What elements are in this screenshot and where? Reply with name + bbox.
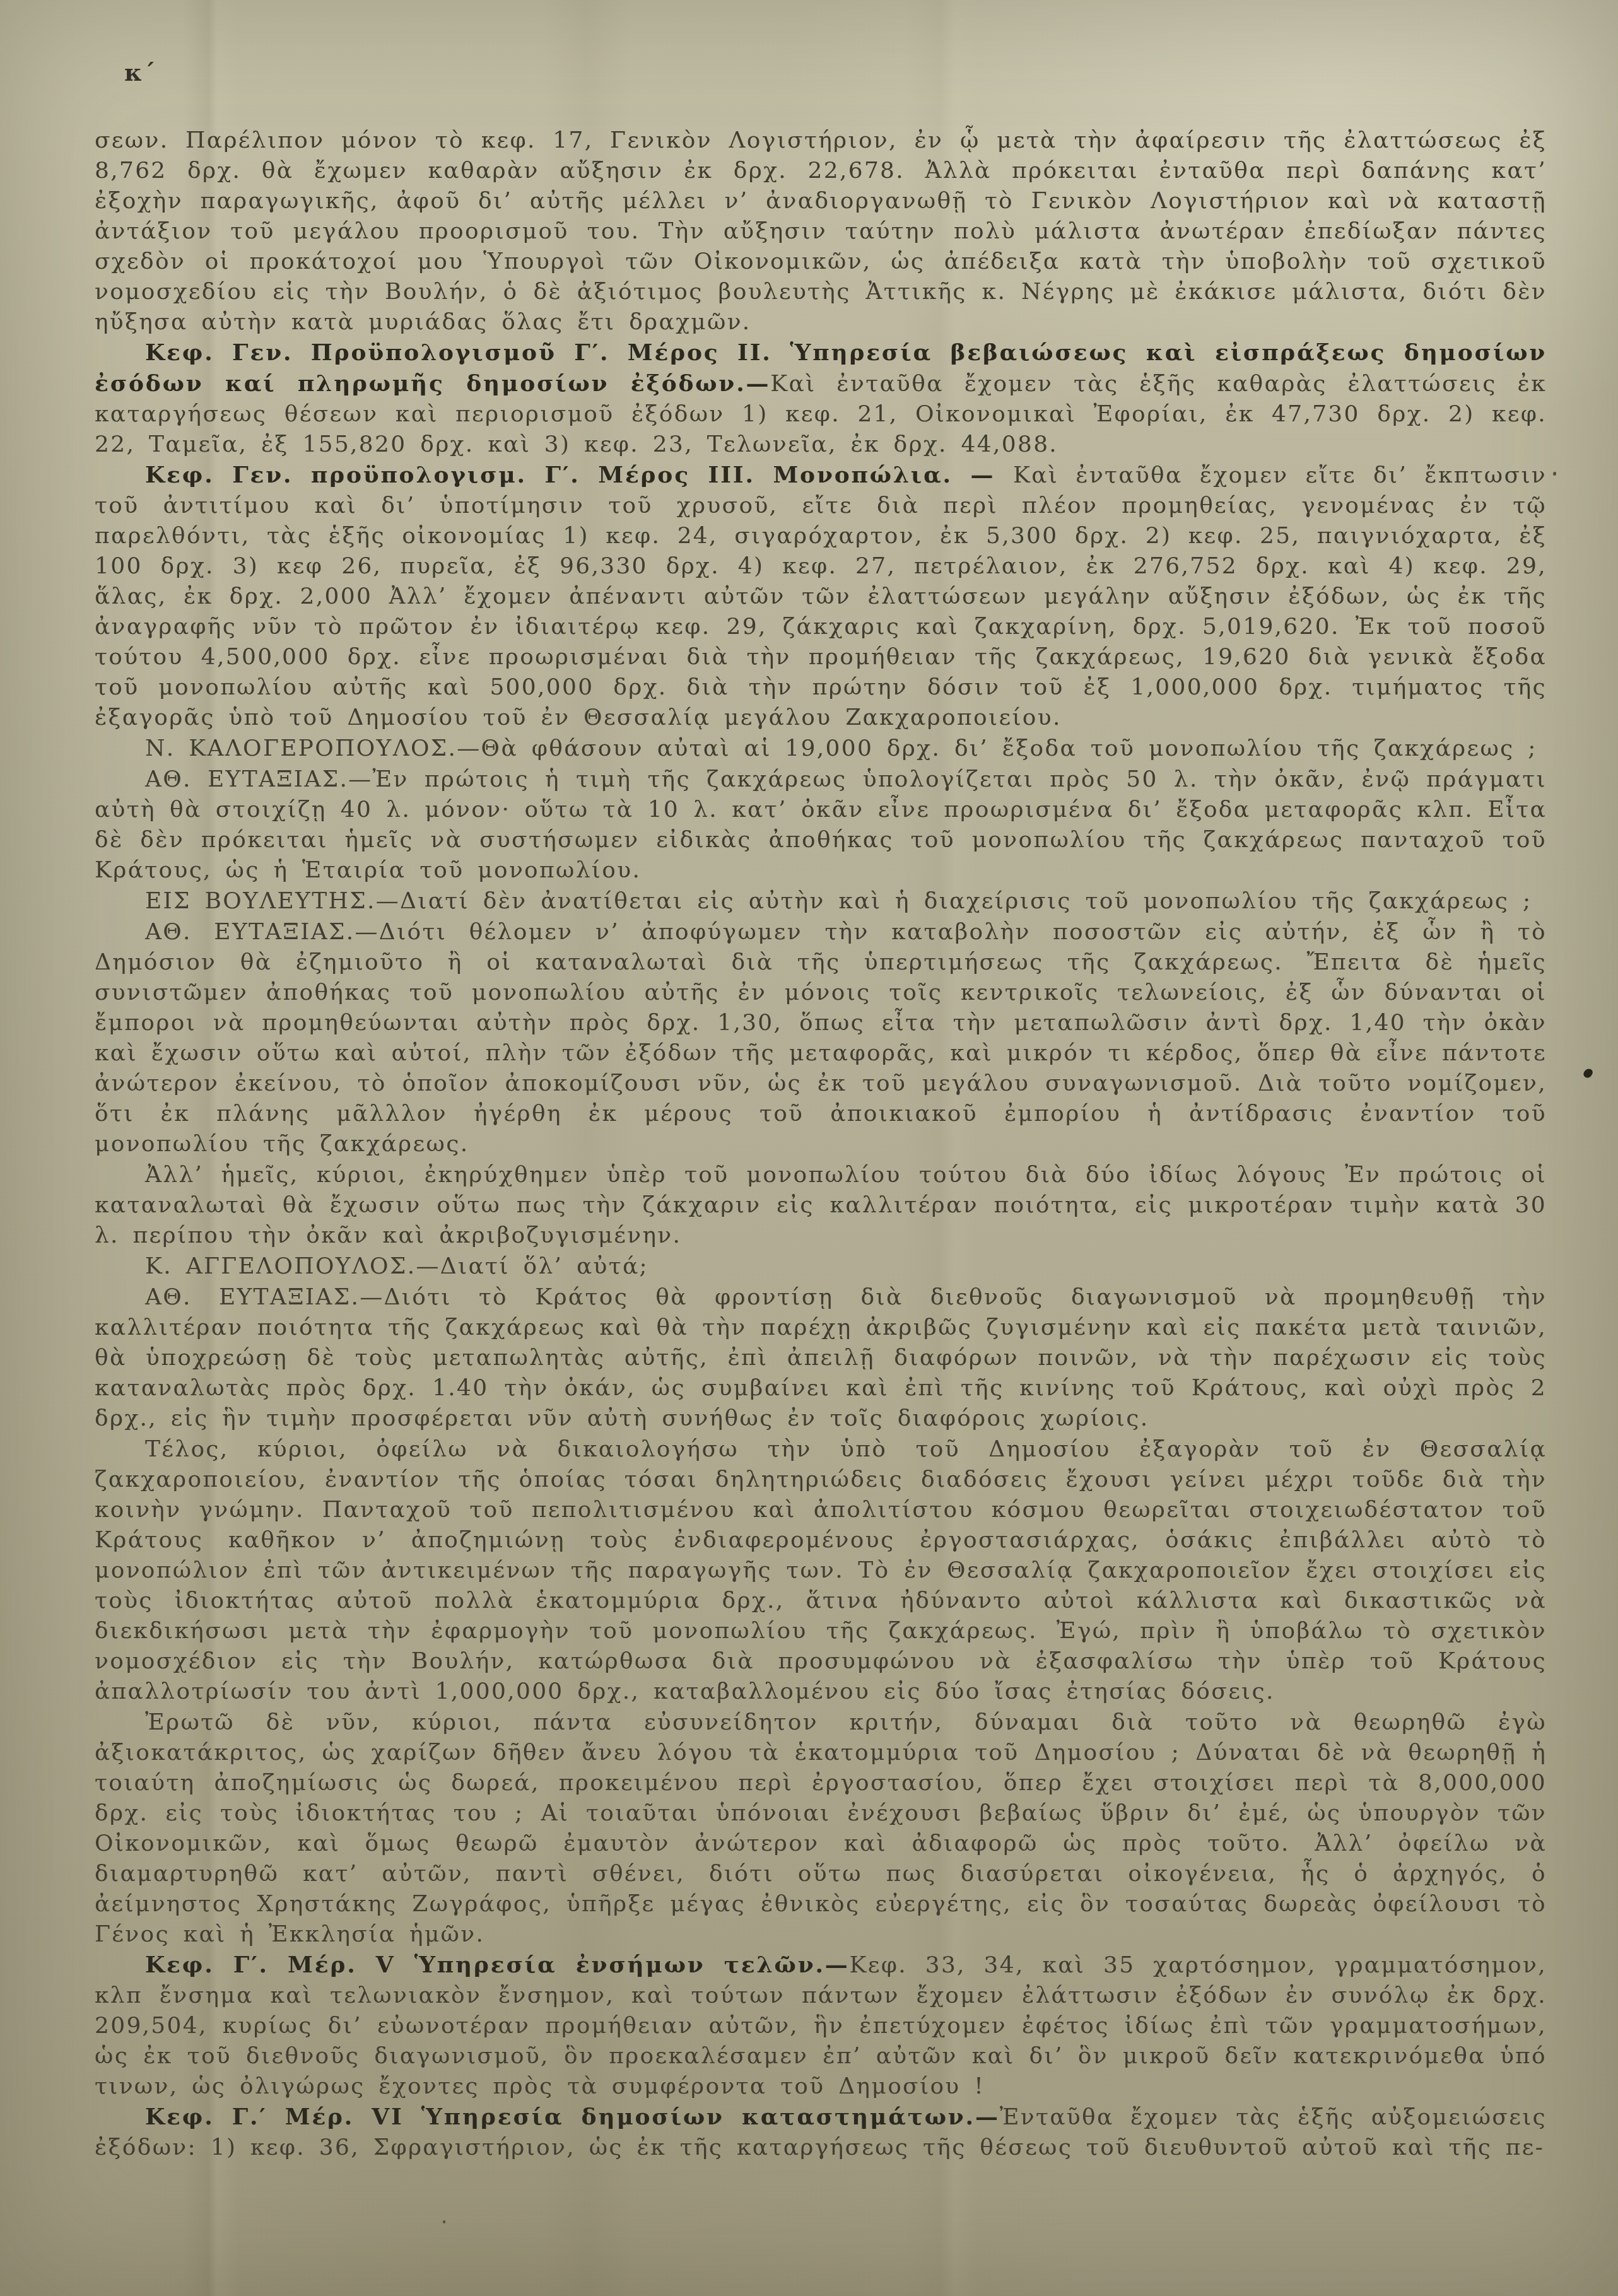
paragraph-speaker-eutaxias: ΑΘ. ΕΥΤΑΞΙΑΣ.—Διότι τὸ Κράτος θὰ φροντίσ… — [95, 1282, 1547, 1434]
ink-speck — [1582, 1067, 1594, 1079]
paragraph-text: σεων. Παρέλιπον μόνον τὸ κεφ. 17, Γενικὸ… — [95, 127, 1547, 335]
paragraph-text: ΑΘ. ΕΥΤΑΞΙΑΣ.—Ἐν πρώτοις ἡ τιμὴ τῆς ζακχ… — [95, 766, 1547, 883]
section-heading: Κεφ. Γ.′ Μέρ. VI Ὑπηρεσία δημοσίων κατασ… — [145, 2104, 1000, 2130]
ink-speck — [443, 2220, 445, 2223]
paragraph-speaker-kalogeropoulos: Ν. ΚΑΛΟΓΕΡΟΠΟΥΛΟΣ.—Θὰ φθάσουν αὐταὶ αἱ 1… — [95, 733, 1547, 764]
paragraph-text: Κ. ΑΓΓΕΛΟΠΟΥΛΟΣ.—Διατί ὅλ’ αὐτά; — [145, 1253, 648, 1279]
paragraph-text: ΑΘ. ΕΥΤΑΞΙΑΣ.—Διότι τὸ Κράτος θὰ φροντίσ… — [95, 1284, 1547, 1431]
paragraph-continuation: σεων. Παρέλιπον μόνον τὸ κεφ. 17, Γενικὸ… — [95, 125, 1547, 337]
paragraph: Ἐρωτῶ δὲ νῦν, κύριοι, πάντα εὐσυνείδητον… — [95, 1707, 1547, 1950]
page-signature: κ΄ — [124, 58, 156, 86]
paragraph-text: Τέλος, κύριοι, ὀφείλω νὰ δικαιολογήσω τὴ… — [95, 1436, 1547, 1704]
paragraph-section-heading: Κεφ. Γ′. Μέρ. V Ὑπηρεσία ἐνσήμων τελῶν.—… — [95, 1950, 1547, 2102]
paragraph-text: Ἀλλ’ ἡμεῖς, κύριοι, ἐκηρύχθημεν ὑπὲρ τοῦ… — [95, 1162, 1547, 1248]
paragraph-text: Καὶ ἐνταῦθα ἔχομεν εἴτε δι’ ἔκπτωσιν τοῦ… — [95, 462, 1547, 730]
paragraph-section-heading: Κεφ. Γεν. Προϋπολογισμοῦ Γ′. Μέρος ΙΙ. Ὑ… — [95, 337, 1547, 460]
paragraph: Ἀλλ’ ἡμεῖς, κύριοι, ἐκηρύχθημεν ὑπὲρ τοῦ… — [95, 1159, 1547, 1251]
paragraph-speaker-eutaxias: ΑΘ. ΕΥΤΑΞΙΑΣ.—Ἐν πρώτοις ἡ τιμὴ τῆς ζακχ… — [95, 764, 1547, 886]
paragraph-speaker-aggelopoulos: Κ. ΑΓΓΕΛΟΠΟΥΛΟΣ.—Διατί ὅλ’ αὐτά; — [95, 1251, 1547, 1282]
paragraph-section-heading: Κεφ. Γεν. προϋπολογισμ. Γ′. Μέρος ΙΙΙ. Μ… — [95, 460, 1547, 733]
paragraph-speaker-deputy: ΕΙΣ ΒΟΥΛΕΥΤΗΣ.—Διατί δὲν ἀνατίθεται εἰς … — [95, 886, 1547, 917]
ink-speck — [1553, 472, 1556, 476]
paragraph-text: ΕΙΣ ΒΟΥΛΕΥΤΗΣ.—Διατί δὲν ἀνατίθεται εἰς … — [145, 888, 1532, 914]
paragraph-speaker-eutaxias: ΑΘ. ΕΥΤΑΞΙΑΣ.—Διότι θέλομεν ν’ ἀποφύγωμε… — [95, 917, 1547, 1159]
paragraph: Τέλος, κύριοι, ὀφείλω νὰ δικαιολογήσω τὴ… — [95, 1434, 1547, 1707]
document-text-column: σεων. Παρέλιπον μόνον τὸ κεφ. 17, Γενικὸ… — [95, 125, 1547, 2163]
section-heading: Κεφ. Γ′. Μέρ. V Ὑπηρεσία ἐνσήμων τελῶν.— — [145, 1952, 850, 1978]
paragraph-text: Ἐρωτῶ δὲ νῦν, κύριοι, πάντα εὐσυνείδητον… — [95, 1709, 1547, 1947]
paragraph-text: ΑΘ. ΕΥΤΑΞΙΑΣ.—Διότι θέλομεν ν’ ἀποφύγωμε… — [95, 919, 1547, 1157]
paragraph-text: Ν. ΚΑΛΟΓΕΡΟΠΟΥΛΟΣ.—Θὰ φθάσουν αὐταὶ αἱ 1… — [145, 735, 1537, 761]
paragraph-section-heading: Κεφ. Γ.′ Μέρ. VI Ὑπηρεσία δημοσίων κατασ… — [95, 2102, 1547, 2163]
section-heading: Κεφ. Γεν. προϋπολογισμ. Γ′. Μέρος ΙΙΙ. Μ… — [145, 462, 1013, 488]
